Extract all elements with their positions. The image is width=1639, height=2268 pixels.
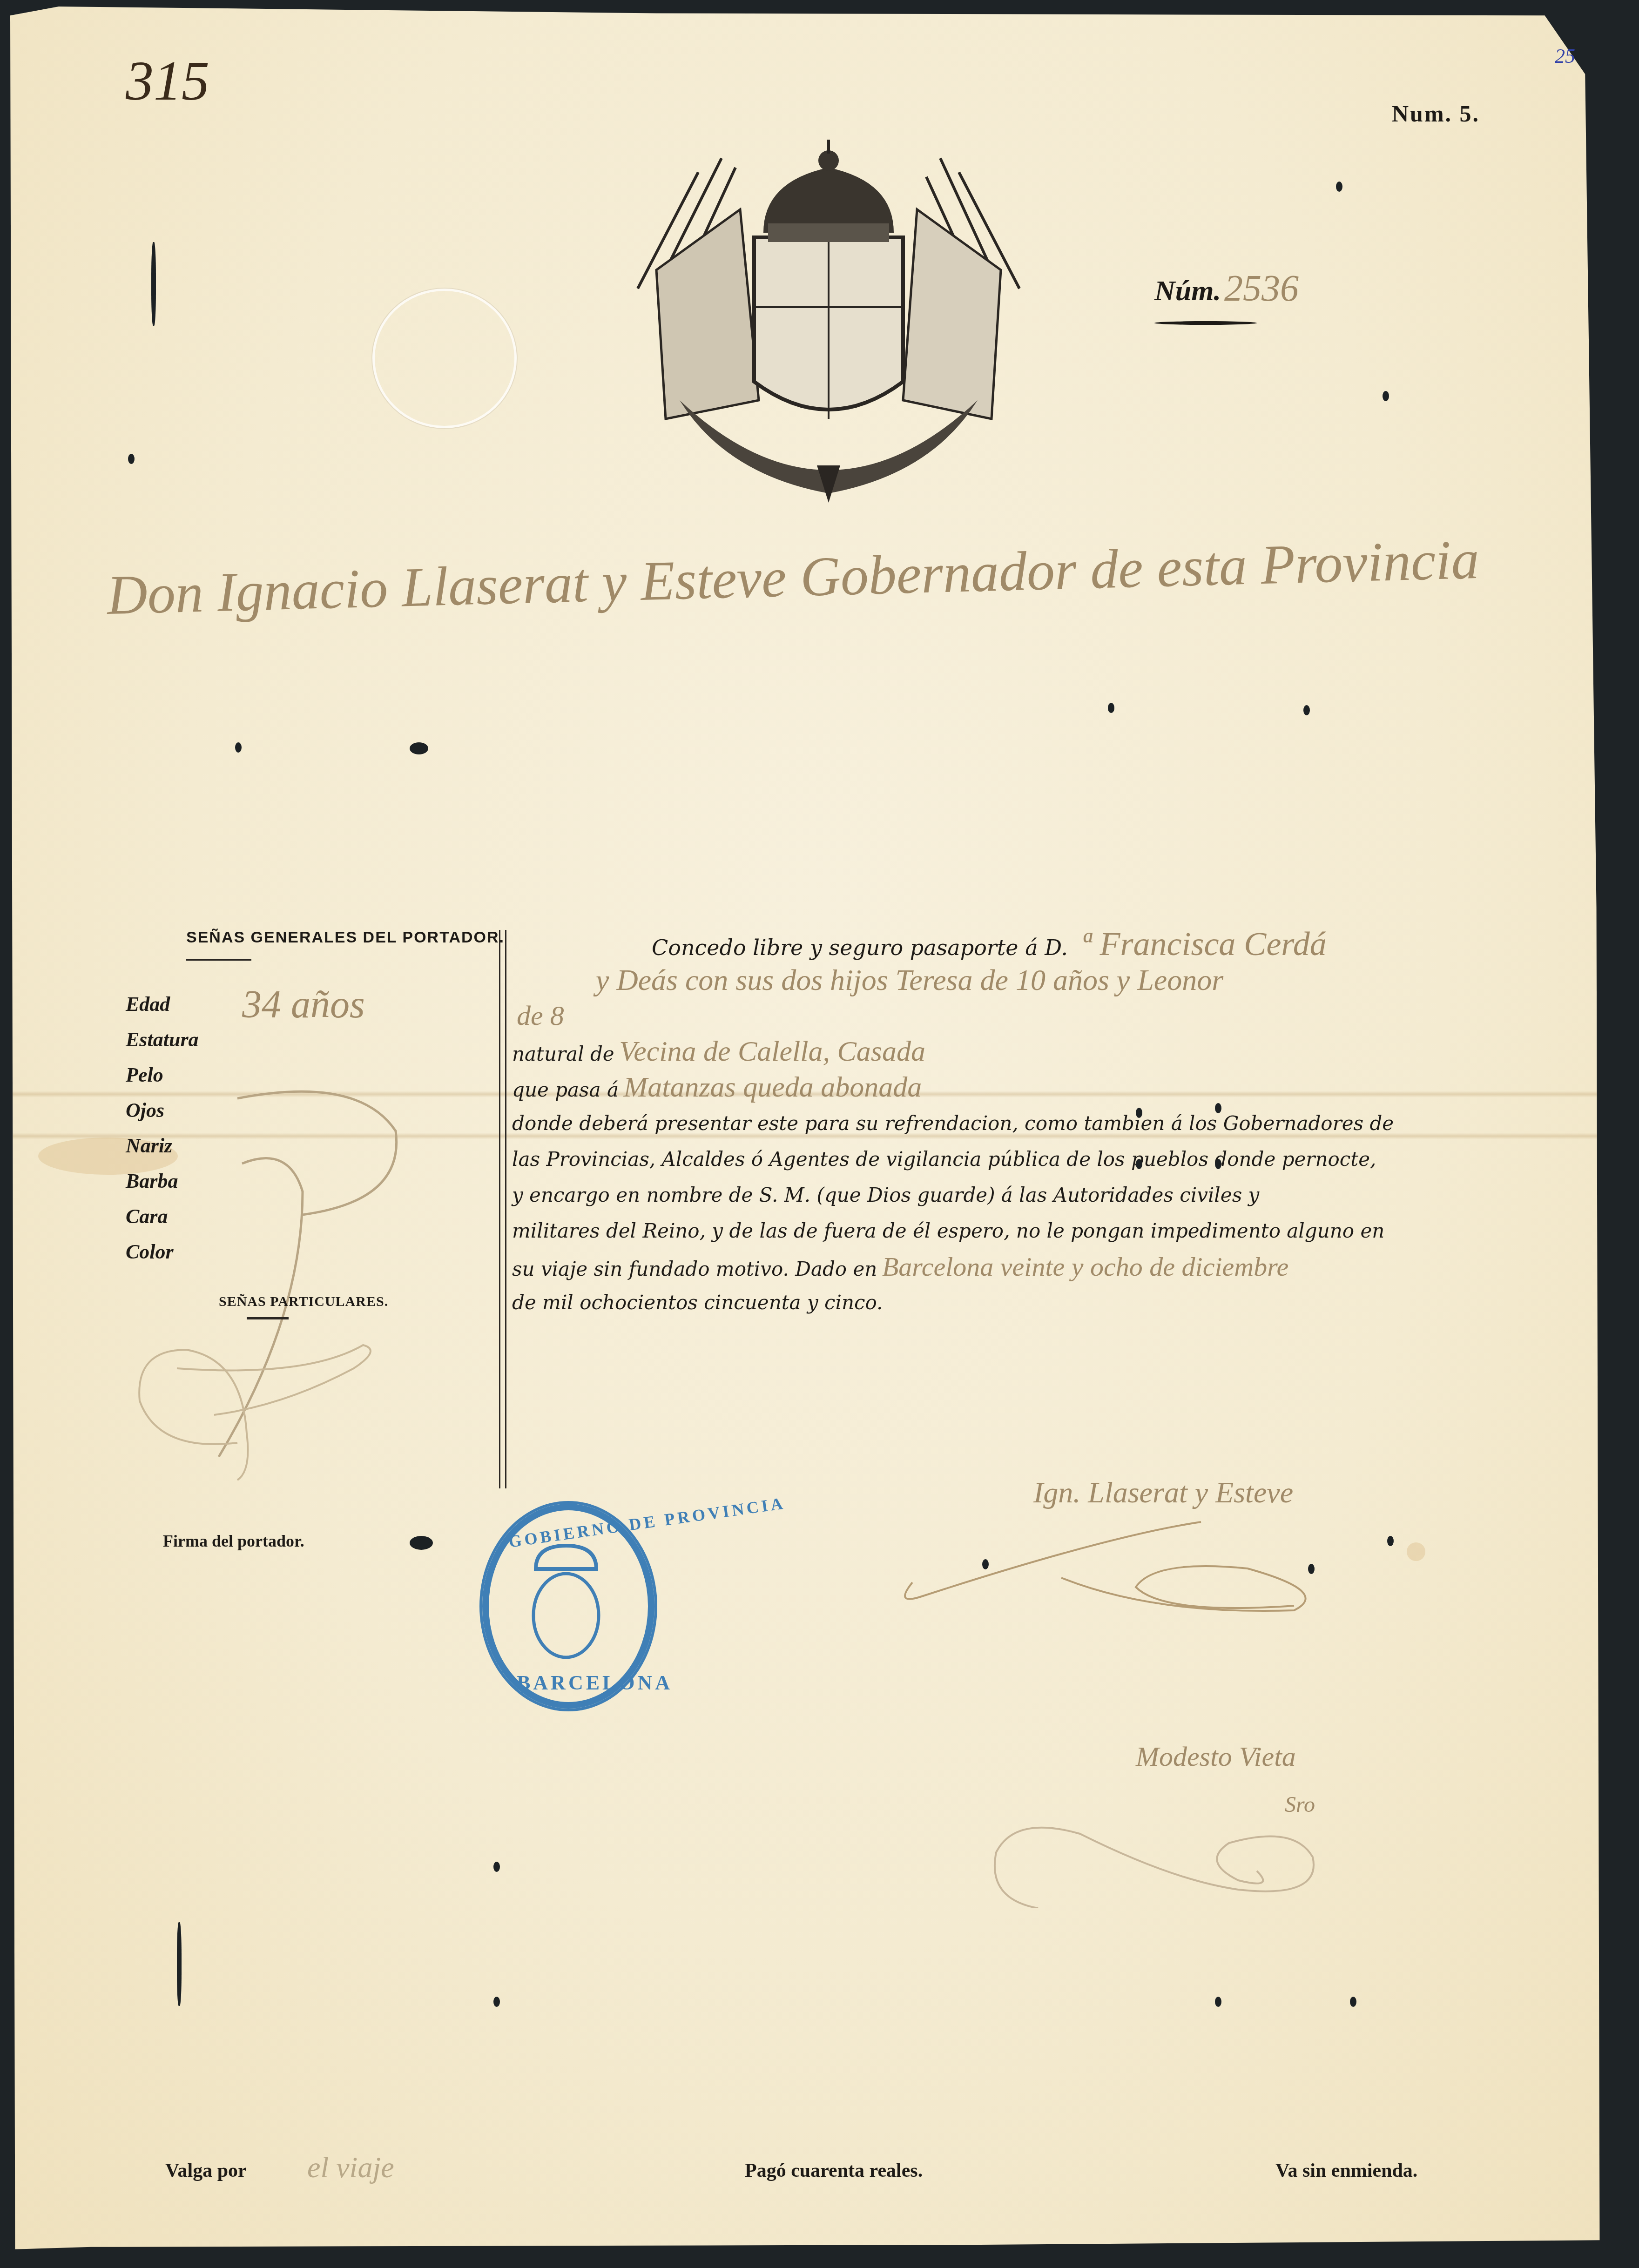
title-ornament [247, 1317, 289, 1319]
grant-line: y Deás con sus dos hijos Teresa de 10 añ… [512, 962, 1394, 998]
punch-hole [1387, 1536, 1394, 1546]
punch-hole [410, 742, 428, 754]
punch-hole [1215, 1159, 1221, 1169]
paid-amount: Pagó cuarenta reales. [745, 2160, 923, 2182]
form-number: Num. 5. [1392, 100, 1480, 127]
handwritten-folio: 315 [126, 49, 209, 113]
grant-line: su viaje sin fundado motivo. Dado en Bar… [512, 1249, 1394, 1285]
grant-line: donde deberá presentar este para su refr… [512, 1105, 1394, 1141]
punch-hole [1136, 1159, 1142, 1169]
punch-hole [410, 1536, 433, 1550]
punch-hole [128, 454, 135, 464]
stain [1407, 1542, 1425, 1561]
underline-ornament [1154, 321, 1257, 325]
royal-coat-of-arms-icon [605, 140, 1052, 512]
grant-line: de 8 [512, 998, 1394, 1034]
punch-hole [982, 1559, 989, 1569]
signature-flourish-icon [978, 1806, 1350, 1908]
valid-for-value: el viaje [307, 2150, 394, 2185]
grant-line: que pasa á Matanzas queda abonada [512, 1070, 1394, 1105]
punch-hole [1303, 705, 1310, 715]
signature-label: Firma del portador. [163, 1531, 304, 1551]
punch-hole [235, 742, 242, 753]
punch-hole [1136, 1108, 1142, 1118]
grant-text: Concedo libre y seguro pasaporte á D. ª … [512, 926, 1394, 1320]
punch-hole [1215, 1997, 1221, 2007]
passport-number-label: Núm. [1154, 275, 1221, 308]
embossed-seal-icon [372, 289, 517, 428]
signature-flourish-icon [875, 1466, 1341, 1643]
grant-line: las Provincias, Alcaldes ó Agentes de vi… [512, 1141, 1394, 1177]
grant-line: y encargo en nombre de S. M. (que Dios g… [512, 1177, 1394, 1213]
particulars-title: SEÑAS PARTICULARES. [219, 1294, 388, 1310]
passport-number-value: 2536 [1224, 268, 1299, 310]
punch-hole [1383, 391, 1389, 401]
valid-for-label: Valga por [165, 2160, 247, 2182]
secretary-signature: Modesto Vieta [1136, 1741, 1296, 1773]
stamp-bottom-text: BARCELONA [517, 1671, 673, 1695]
punch-hole [493, 1997, 500, 2007]
binding-slit [177, 1922, 182, 2006]
no-amendment-note: Va sin enmienda. [1275, 2160, 1417, 2182]
column-divider [499, 930, 506, 1488]
punch-hole [1108, 703, 1114, 713]
grant-line: militares del Reino, y de las de fuera d… [512, 1213, 1394, 1249]
grant-line: natural de Vecina de Calella, Casada [512, 1034, 1394, 1070]
punch-hole [1350, 1997, 1356, 2007]
punch-hole [1336, 182, 1342, 192]
flourish-icon [121, 1331, 400, 1517]
punch-hole [1215, 1103, 1221, 1113]
title-ornament [186, 959, 251, 961]
binding-slit [151, 242, 156, 326]
punch-hole [493, 1862, 500, 1872]
grant-line: de mil ochocientos cincuenta y cinco. [512, 1285, 1394, 1320]
pencil-annotation: 25 [1555, 44, 1575, 68]
grant-line: Concedo libre y seguro pasaporte á D. ª … [512, 926, 1394, 962]
punch-hole [1308, 1564, 1315, 1574]
bearer-description-title: SEÑAS GENERALES DEL PORTADOR. [186, 929, 505, 947]
